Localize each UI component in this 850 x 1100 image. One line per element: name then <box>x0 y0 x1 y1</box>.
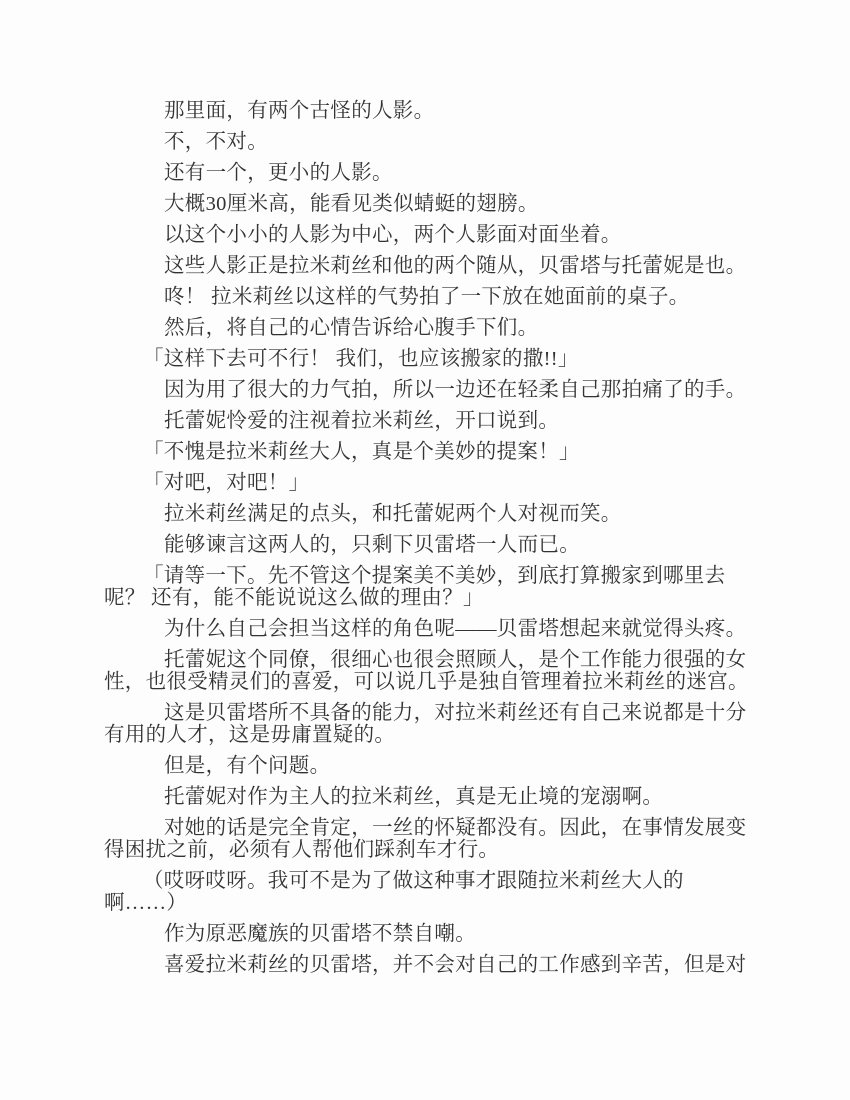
novel-paragraph: 托蕾妮这个同僚，很细心也很会照顾人，是个工作能力很强的女 性，也很受精灵们的喜爱… <box>104 649 752 693</box>
novel-paragraph: 那里面，有两个古怪的人影。 <box>104 100 752 122</box>
novel-paragraph: 拉米莉丝满足的点头，和托蕾妮两个人对视而笑。 <box>104 503 752 525</box>
novel-paragraph: 但是，有个问题。 <box>104 755 752 777</box>
novel-paragraph: 对她的话是完全肯定，一丝的怀疑都没有。因此，在事情发展变 得困扰之前，必须有人帮… <box>104 817 752 861</box>
novel-paragraph: 这些人影正是拉米莉丝和他的两个随从，贝雷塔与托蕾妮是也。 <box>104 255 752 277</box>
novel-text-content: 那里面，有两个古怪的人影。不，不对。还有一个，更小的人影。大概30厘米高，能看见… <box>104 100 752 985</box>
novel-paragraph: 为什么自己会担当这样的角色呢——贝雷塔想起来就觉得头疼。 <box>104 618 752 640</box>
novel-paragraph: 「请等一下。先不管这个提案美不美妙，到底打算搬家到哪里去 呢？ 还有，能不能说说… <box>104 565 752 609</box>
novel-paragraph: 以这个小小的人影为中心，两个人影面对面坐着。 <box>104 224 752 246</box>
novel-paragraph: 能够谏言这两人的，只剩下贝雷塔一人而已。 <box>104 534 752 556</box>
novel-page: 那里面，有两个古怪的人影。不，不对。还有一个，更小的人影。大概30厘米高，能看见… <box>0 0 850 1100</box>
novel-paragraph: 不，不对。 <box>104 131 752 153</box>
novel-paragraph: 「不愧是拉米莉丝大人，真是个美妙的提案！」 <box>104 441 752 463</box>
novel-paragraph: （哎呀哎呀。我可不是为了做这种事才跟随拉米莉丝大人的 啊……） <box>104 870 752 914</box>
novel-paragraph: 然后，将自己的心情告诉给心腹手下们。 <box>104 317 752 339</box>
novel-paragraph: 托蕾妮怜爱的注视着拉米莉丝，开口说到。 <box>104 410 752 432</box>
novel-paragraph: 托蕾妮对作为主人的拉米莉丝，真是无止境的宠溺啊。 <box>104 786 752 808</box>
novel-paragraph: 喜爱拉米莉丝的贝雷塔，并不会对自己的工作感到辛苦，但是对 <box>104 954 752 976</box>
novel-paragraph: 作为原恶魔族的贝雷塔不禁自嘲。 <box>104 923 752 945</box>
novel-paragraph: 还有一个，更小的人影。 <box>104 162 752 184</box>
novel-paragraph: 这是贝雷塔所不具备的能力，对拉米莉丝还有自己来说都是十分 有用的人才，这是毋庸置… <box>104 702 752 746</box>
novel-paragraph: 咚！ 拉米莉丝以这样的气势拍了一下放在她面前的桌子。 <box>104 286 752 308</box>
novel-paragraph: 「这样下去可不行！ 我们，也应该搬家的撒!!」 <box>104 348 752 370</box>
novel-paragraph: 因为用了很大的力气拍，所以一边还在轻柔自己那拍痛了的手。 <box>104 379 752 401</box>
novel-paragraph: 「对吧，对吧！」 <box>104 472 752 494</box>
novel-paragraph: 大概30厘米高，能看见类似蜻蜓的翅膀。 <box>104 193 752 215</box>
